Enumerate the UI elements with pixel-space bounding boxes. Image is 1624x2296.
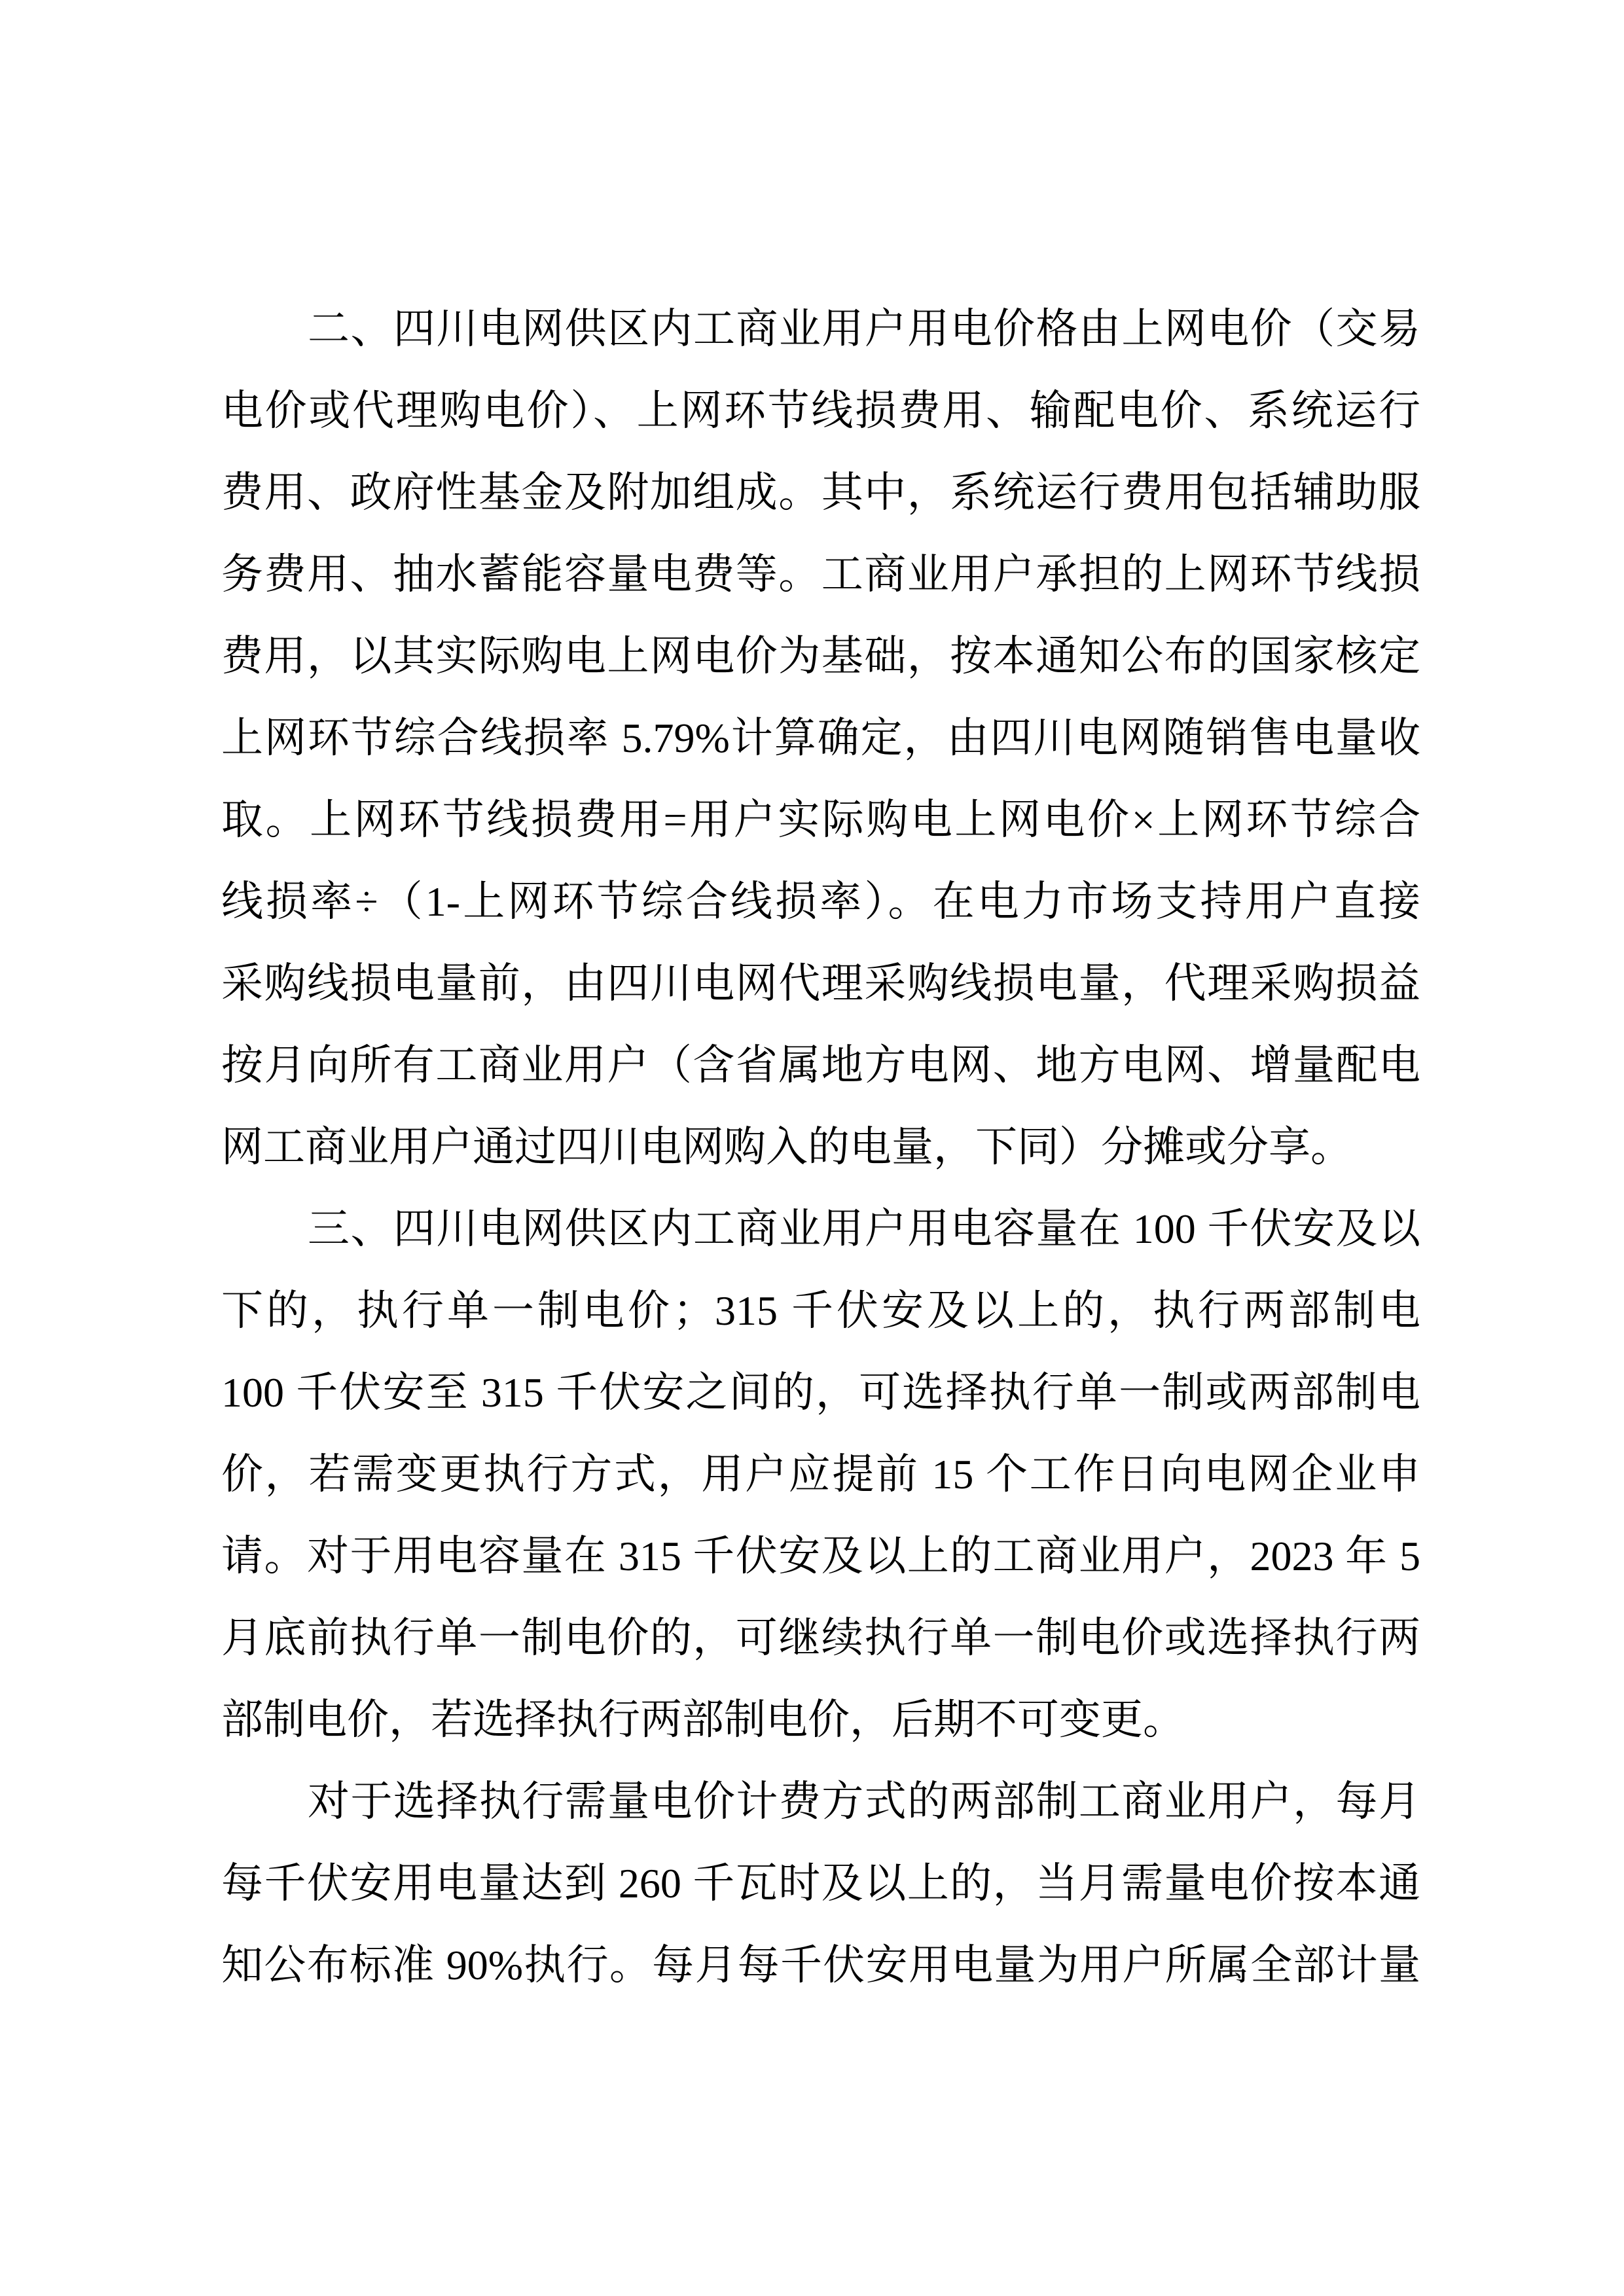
text-line: 请。对于用电容量在 315 千伏安及以上的工商业用户，2023 年 5 (221, 1515, 1420, 1597)
text-line: 按月向所有工商业用户（含省属地方电网、地方电网、增量配电 (221, 1024, 1420, 1106)
text-line: 价，若需变更执行方式，用户应提前 15 个工作日向电网企业申 (221, 1433, 1420, 1515)
document-page: 二、四川电网供区内工商业用户用电价格由上网电价（交易 电价或代理购电价）、上网环… (0, 0, 1624, 2296)
document-text-column: 二、四川电网供区内工商业用户用电价格由上网电价（交易 电价或代理购电价）、上网环… (221, 288, 1420, 2006)
text-line: 上网环节综合线损率 5.79%计算确定，由四川电网随销售电量收 (221, 697, 1420, 779)
text-line: 费用、政府性基金及附加组成。其中，系统运行费用包括辅助服 (221, 452, 1420, 533)
text-line: 费用，以其实际购电上网电价为基础，按本通知公布的国家核定 (221, 615, 1420, 697)
text-line: 网工商业用户通过四川电网购入的电量，下同）分摊或分享。 (221, 1106, 1420, 1188)
text-line: 二、四川电网供区内工商业用户用电价格由上网电价（交易 (221, 288, 1420, 370)
text-line: 务费用、抽水蓄能容量电费等。工商业用户承担的上网环节线损 (221, 533, 1420, 615)
text-line: 对于选择执行需量电价计费方式的两部制工商业用户，每月 (221, 1761, 1420, 1842)
text-line: 下的，执行单一制电价；315 千伏安及以上的，执行两部制电价； (221, 1270, 1420, 1352)
text-line: 100 千伏安至 315 千伏安之间的，可选择执行单一制或两部制电 (221, 1352, 1420, 1433)
text-line: 每千伏安用电量达到 260 千瓦时及以上的，当月需量电价按本通 (221, 1842, 1420, 1924)
text-line: 部制电价，若选择执行两部制电价，后期不可变更。 (221, 1679, 1420, 1761)
text-line: 月底前执行单一制电价的，可继续执行单一制电价或选择执行两 (221, 1597, 1420, 1679)
text-line: 电价或代理购电价）、上网环节线损费用、输配电价、系统运行 (221, 370, 1420, 452)
text-line: 知公布标准 90%执行。每月每千伏安用电量为用户所属全部计量 (221, 1924, 1420, 2006)
text-line: 三、四川电网供区内工商业用户用电容量在 100 千伏安及以 (221, 1188, 1420, 1270)
text-line: 取。上网环节线损费用=用户实际购电上网电价×上网环节综合 (221, 779, 1420, 861)
text-line: 采购线损电量前，由四川电网代理采购线损电量，代理采购损益 (221, 942, 1420, 1024)
text-line: 线损率÷（1-上网环节综合线损率）。在电力市场支持用户直接 (221, 861, 1420, 942)
